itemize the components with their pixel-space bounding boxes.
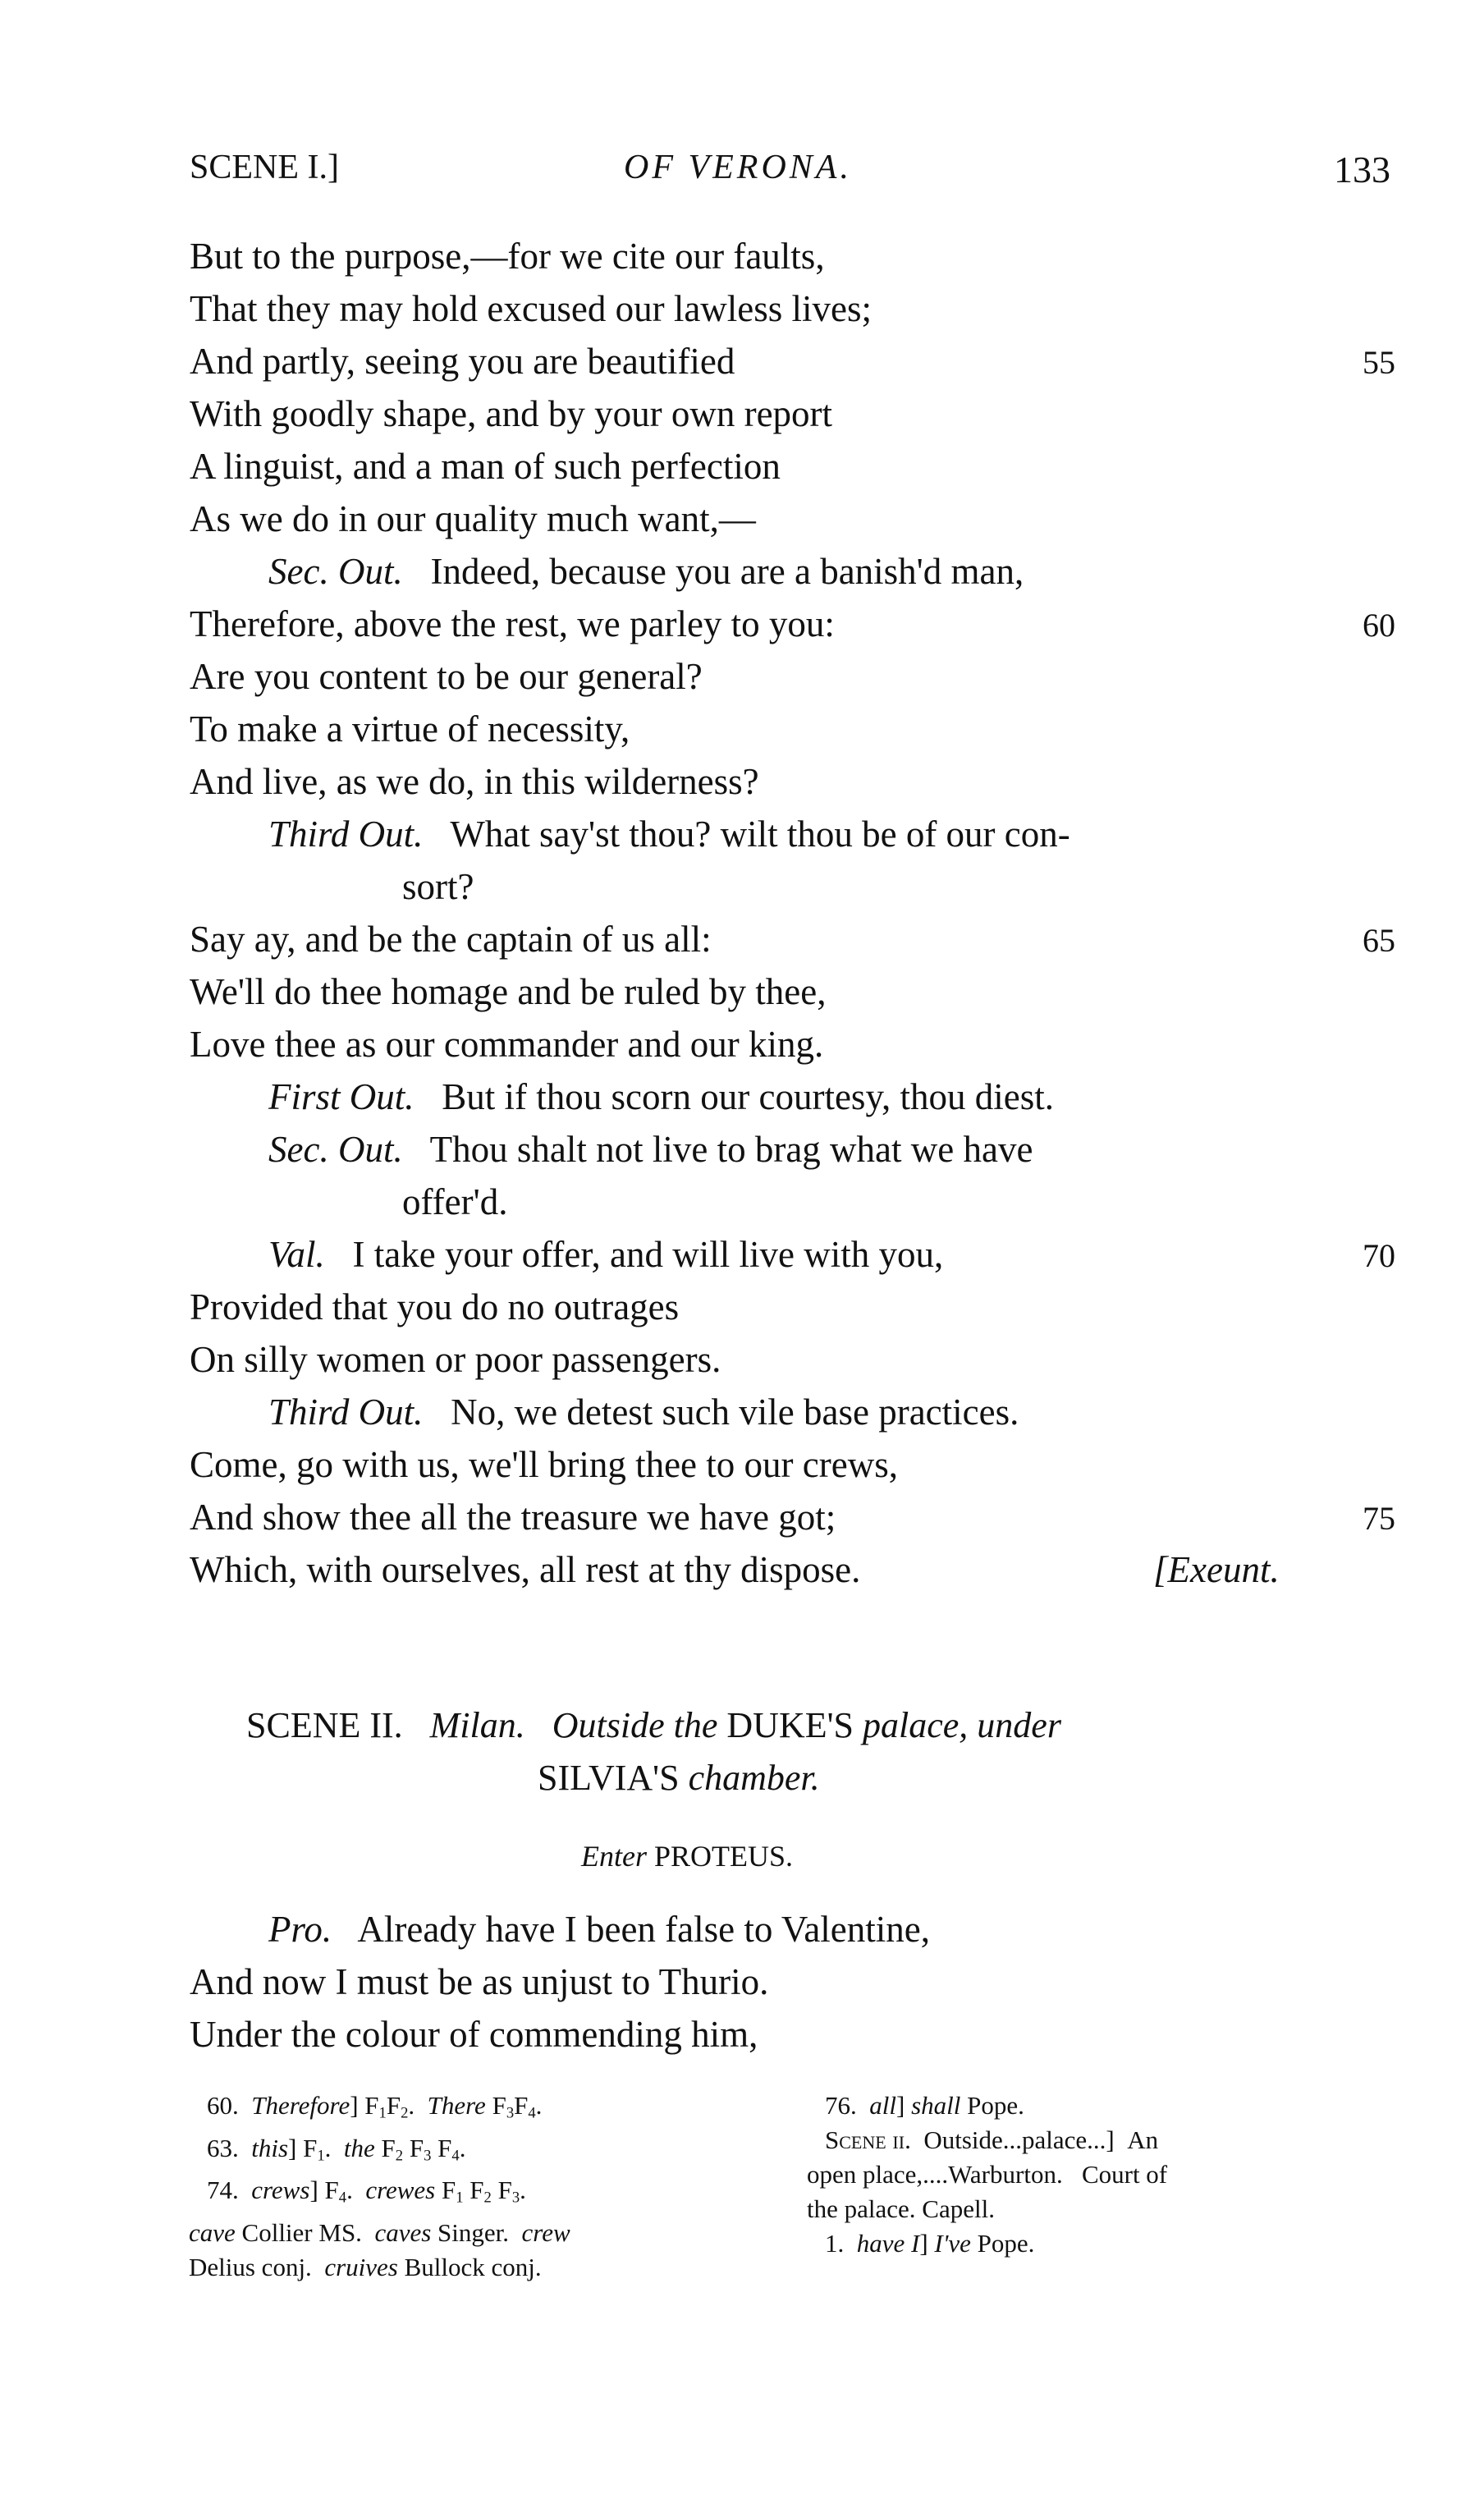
verse-text: Already have I been false to Valentine,	[357, 1909, 930, 1950]
verse-line: With goodly shape, and by your own repor…	[190, 387, 832, 440]
verse-text: We'll do thee homage and be ruled by the…	[190, 971, 826, 1012]
scene-2-heading-line-1: SCENE II. Milan. Outside the DUKE'S pala…	[246, 1699, 1061, 1752]
footnote-74-cont-1: cave Collier MS. caves Singer. crew	[189, 2216, 570, 2250]
enter-word: Enter	[581, 1840, 647, 1873]
verse-line: And partly, seeing you are beautified	[190, 335, 735, 387]
speaker-name: Pro.	[268, 1909, 332, 1950]
verse-line: A linguist, and a man of such perfection	[190, 440, 781, 493]
verse-text: Which, with ourselves, all rest at thy d…	[190, 1549, 860, 1590]
scene-2-silvia: SILVIA'S	[538, 1758, 680, 1798]
line-number: 55	[1363, 343, 1395, 382]
verse-line: Third Out. What say'st thou? wilt thou b…	[268, 808, 1070, 860]
verse-line: Sec. Out. Indeed, because you are a bani…	[268, 545, 1024, 598]
scene-2-place: Milan.	[430, 1705, 525, 1745]
verse-text: On silly women or poor passengers.	[190, 1339, 721, 1380]
verse-line: Which, with ourselves, all rest at thy d…	[190, 1543, 860, 1596]
verse-text: Come, go with us, we'll bring thee to ou…	[190, 1444, 898, 1485]
footnote-scene-2: Scene ii. Outside...palace...] An	[825, 2123, 1167, 2157]
footnote-1: 1. have I] I've Pope.	[825, 2226, 1167, 2261]
footnotes-right: 76. all] shall Pope. Scene ii. Outside..…	[825, 2088, 1167, 2261]
verse-line: Are you content to be our general?	[190, 650, 703, 703]
footnotes-left: 60. Therefore] F1F2. There F3F4. 63. thi…	[207, 2088, 570, 2285]
verse-line: sort?	[402, 860, 474, 913]
verse-line: We'll do thee homage and be ruled by the…	[190, 965, 826, 1018]
verse-text: To make a virtue of necessity,	[190, 708, 630, 750]
verse-line: But to the purpose,—for we cite our faul…	[190, 230, 825, 282]
footnote-scene-2-cont-1: open place,....Warburton. Court of	[807, 2157, 1167, 2192]
running-head-scene: SCENE I.]	[190, 148, 339, 187]
speaker-name: Sec. Out.	[268, 551, 403, 592]
line-number: 75	[1363, 1499, 1395, 1538]
speaker-name: First Out.	[268, 1076, 415, 1117]
footnote-scene-2-cont-2: the palace. Capell.	[807, 2192, 1167, 2226]
verse-line: As we do in our quality much want,—	[190, 493, 756, 545]
verse-line: That they may hold excused our lawless l…	[190, 282, 872, 335]
verse-line: offer'd.	[402, 1176, 507, 1228]
verse-text: Therefore, above the rest, we parley to …	[190, 603, 835, 644]
verse-line: And now I must be as unjust to Thurio.	[190, 1956, 768, 2008]
verse-text: What say'st thou? wilt thou be of our co…	[450, 814, 1069, 855]
verse-text: No, we detest such vile base practices.	[451, 1392, 1019, 1433]
verse-text: sort?	[402, 866, 474, 907]
line-number: 60	[1363, 606, 1395, 644]
scene-2-location-b: palace, under	[863, 1705, 1061, 1745]
verse-text: But if thou scorn our courtesy, thou die…	[442, 1076, 1054, 1117]
verse-line: And live, as we do, in this wilderness?	[190, 755, 759, 808]
verse-text: And partly, seeing you are beautified	[190, 341, 735, 382]
footnote-63: 63. this] F1. the F2 F3 F4.	[207, 2131, 570, 2174]
verse-line: To make a virtue of necessity,	[190, 703, 630, 755]
speaker-name: Third Out.	[268, 1392, 423, 1433]
verse-text: Love thee as our commander and our king.	[190, 1024, 823, 1065]
verse-text: And show thee all the treasure we have g…	[190, 1497, 836, 1538]
verse-text: Indeed, because you are a banish'd man,	[430, 551, 1024, 592]
verse-text: Thou shalt not live to brag what we have	[430, 1129, 1033, 1170]
verse-text: As we do in our quality much want,—	[190, 498, 756, 539]
verse-line: Val. I take your offer, and will live wi…	[268, 1228, 943, 1281]
verse-text: Are you content to be our general?	[190, 656, 703, 697]
verse-line: Third Out. No, we detest such vile base …	[268, 1386, 1019, 1438]
verse-text: Say ay, and be the captain of us all:	[190, 919, 712, 960]
verse-text: A linguist, and a man of such perfection	[190, 446, 781, 487]
scene-2-duke: DUKE'S	[726, 1705, 854, 1745]
verse-line: Under the colour of commending him,	[190, 2008, 758, 2061]
verse-line: Love thee as our commander and our king.	[190, 1018, 823, 1071]
scene-2-location-a: Outside the	[552, 1705, 718, 1745]
stage-direction-exeunt: [Exeunt.	[1153, 1543, 1280, 1596]
verse-line: First Out. But if thou scorn our courtes…	[268, 1071, 1054, 1123]
verse-text: And live, as we do, in this wilderness?	[190, 761, 759, 802]
stage-direction-enter: Enter PROTEUS.	[581, 1839, 793, 1873]
verse-line: On silly women or poor passengers.	[190, 1333, 721, 1386]
verse-text: And now I must be as unjust to Thurio.	[190, 1961, 768, 2002]
verse-line: Come, go with us, we'll bring thee to ou…	[190, 1438, 898, 1491]
verse-text: I take your offer, and will live with yo…	[353, 1234, 944, 1275]
enter-character: PROTEUS.	[654, 1840, 793, 1873]
speaker-name: Val.	[268, 1234, 325, 1275]
verse-line: Provided that you do no outrages	[190, 1281, 679, 1333]
scene-2-label: SCENE II.	[246, 1705, 403, 1745]
speaker-name: Third Out.	[268, 814, 423, 855]
verse-text: Provided that you do no outrages	[190, 1286, 679, 1327]
page-number: 133	[1334, 148, 1390, 191]
line-number: 65	[1363, 921, 1395, 960]
verse-text: With goodly shape, and by your own repor…	[190, 393, 832, 434]
verse-text: But to the purpose,—for we cite our faul…	[190, 236, 825, 277]
scene-2-location-c: chamber.	[689, 1758, 820, 1798]
scene-2-heading-line-2: SILVIA'S chamber.	[538, 1752, 820, 1804]
verse-text: That they may hold excused our lawless l…	[190, 288, 872, 329]
verse-line: And show thee all the treasure we have g…	[190, 1491, 836, 1543]
footnote-76: 76. all] shall Pope.	[825, 2088, 1167, 2123]
verse-text: Under the colour of commending him,	[190, 2014, 758, 2055]
line-number: 70	[1363, 1236, 1395, 1275]
verse-line: Therefore, above the rest, we parley to …	[190, 598, 835, 650]
footnote-74: 74. crews] F4. crewes F1 F2 F3.	[207, 2173, 570, 2216]
verse-line: Say ay, and be the captain of us all:	[190, 913, 712, 965]
verse-text: offer'd.	[402, 1181, 507, 1222]
verse-line: Pro. Already have I been false to Valent…	[268, 1903, 930, 1956]
speaker-name: Sec. Out.	[268, 1129, 403, 1170]
footnote-74-cont-2: Delius conj. cruives Bullock conj.	[189, 2250, 570, 2285]
running-head-title: OF VERONA.	[624, 148, 852, 187]
verse-line: Sec. Out. Thou shalt not live to brag wh…	[268, 1123, 1033, 1176]
footnote-60: 60. Therefore] F1F2. There F3F4.	[207, 2088, 570, 2131]
